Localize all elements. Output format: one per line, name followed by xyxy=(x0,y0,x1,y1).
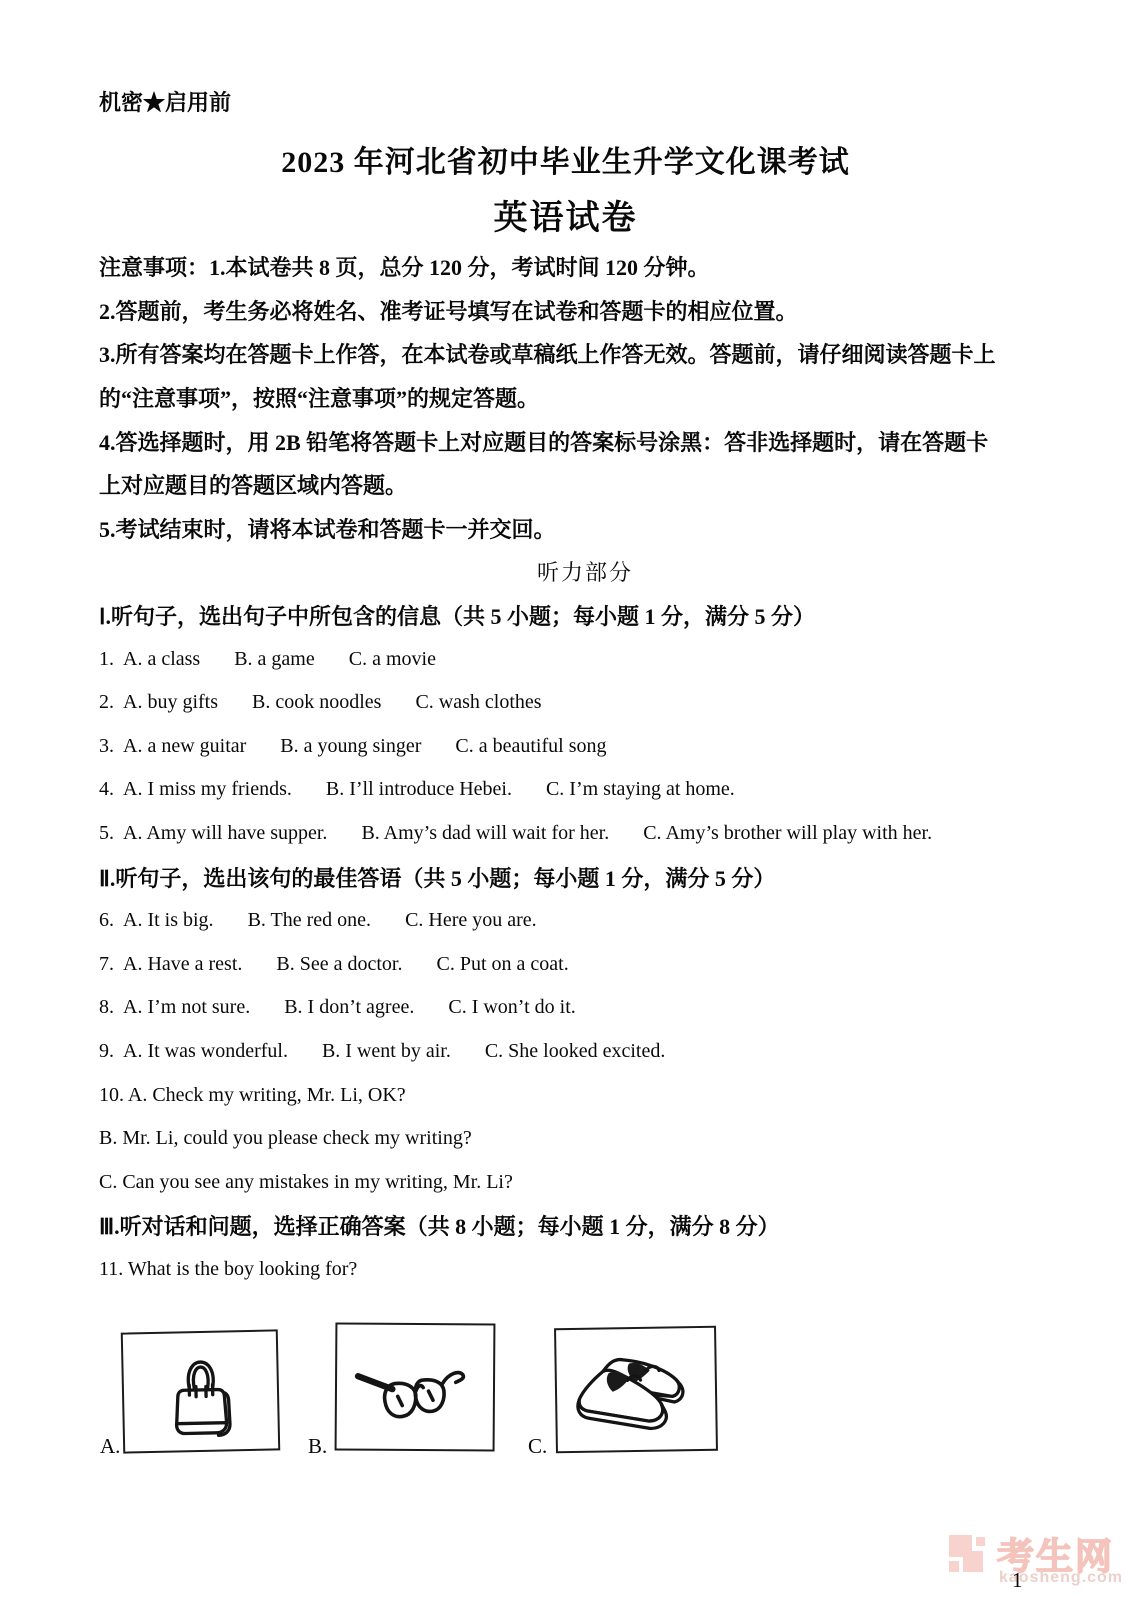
question-number: 6. xyxy=(99,909,114,932)
question-number: 5. xyxy=(99,822,114,845)
option-a: A. a new guitar xyxy=(123,735,246,758)
option-b: B. I’ll introduce Hebei. xyxy=(326,778,512,801)
subject-title: 英语试卷 xyxy=(0,190,1131,239)
notice-line-5: 4.答选择题时，用 2B 铅笔将答题卡上对应题目的答案标号涂黑：答非选择题时，请… xyxy=(99,419,1071,463)
page-number: 1 xyxy=(1012,1568,1023,1593)
notice-line-7: 5.考试结束时，请将本试卷和答题卡一并交回。 xyxy=(99,507,1071,551)
question-row-1: 1. A. a class B. a game C. a movie xyxy=(99,637,1071,681)
question-row-8: 8. A. I’m not sure. B. I don’t agree. C.… xyxy=(99,986,1071,1030)
kaosheng-logo-icon xyxy=(947,1530,987,1576)
exam-body: 注意事项：1.本试卷共 8 页，总分 120 分，考试时间 120 分钟。 2.… xyxy=(99,245,1071,1291)
picture-option-c-label: C. xyxy=(528,1434,547,1459)
option-b: B. I went by air. xyxy=(322,1040,451,1063)
option-c: C. Put on a coat. xyxy=(437,953,569,976)
option-b: B. a young singer xyxy=(280,735,421,758)
picture-option-b-label: B. xyxy=(308,1434,327,1459)
option-c: C. I’m staying at home. xyxy=(546,778,735,801)
option-a: A. It was wonderful. xyxy=(123,1040,288,1063)
notice-line-6: 上对应题目的答题区域内答题。 xyxy=(99,463,1071,507)
option-a: A. Amy will have supper. xyxy=(123,822,327,845)
notice-line-4: 的“注意事项”，按照“注意事项”的规定答题。 xyxy=(99,376,1071,420)
question-number: 1. xyxy=(99,648,114,671)
exam-paper-page: { "page": { "confidential": "机密★启用前", "t… xyxy=(0,0,1131,1600)
question-10-option-c: C. Can you see any mistakes in my writin… xyxy=(99,1160,1071,1204)
question-number: 9. xyxy=(99,1040,114,1063)
option-a: A. Have a rest. xyxy=(123,953,242,976)
option-b: B. a game xyxy=(234,648,315,671)
sneakers-icon xyxy=(565,1339,707,1439)
question-11-stem: 11. What is the boy looking for? xyxy=(99,1248,1071,1292)
listening-part-title: 听力部分 xyxy=(99,550,1071,594)
option-c: C. Amy’s brother will play with her. xyxy=(643,822,932,845)
question-number: 7. xyxy=(99,953,114,976)
option-b: B. See a doctor. xyxy=(276,953,402,976)
option-a: A. I’m not sure. xyxy=(123,996,250,1019)
notice-line-1: 注意事项：1.本试卷共 8 页，总分 120 分，考试时间 120 分钟。 xyxy=(99,245,1071,289)
option-c: C. a beautiful song xyxy=(455,735,606,758)
question-row-7: 7. A. Have a rest. B. See a doctor. C. P… xyxy=(99,943,1071,987)
question-row-4: 4. A. I miss my friends. B. I’ll introdu… xyxy=(99,768,1071,812)
section2-header: Ⅱ.听句子，选出该句的最佳答语（共 5 小题；每小题 1 分，满分 5 分） xyxy=(99,855,1071,899)
question-number: 2. xyxy=(99,691,114,714)
option-b: B. Amy’s dad will wait for her. xyxy=(361,822,609,845)
question-number: 3. xyxy=(99,735,114,758)
picture-option-a-box xyxy=(121,1329,280,1453)
glasses-icon xyxy=(347,1344,484,1431)
option-c: C. I won’t do it. xyxy=(448,996,575,1019)
option-c: C. a movie xyxy=(349,648,436,671)
option-a: A. buy gifts xyxy=(123,691,218,714)
question-row-3: 3. A. a new guitar B. a young singer C. … xyxy=(99,725,1071,769)
picture-option-c-box xyxy=(554,1326,718,1454)
section1-header: Ⅰ.听句子，选出句子中所包含的信息（共 5 小题；每小题 1 分，满分 5 分） xyxy=(99,594,1071,638)
option-b: B. The red one. xyxy=(248,909,372,932)
question-10-option-a: 10. A. Check my writing, Mr. Li, OK? xyxy=(99,1073,1071,1117)
option-c: C. wash clothes xyxy=(415,691,541,714)
option-b: B. cook noodles xyxy=(252,691,381,714)
question-row-5: 5. A. Amy will have supper. B. Amy’s dad… xyxy=(99,812,1071,856)
option-a: A. a class xyxy=(123,648,200,671)
question-10-option-b: B. Mr. Li, could you please check my wri… xyxy=(99,1117,1071,1161)
site-watermark: 考生网 kaosheng.com xyxy=(947,1530,1117,1586)
option-c: C. She looked excited. xyxy=(485,1040,666,1063)
picture-option-a-label: A. xyxy=(100,1434,120,1459)
question-row-9: 9. A. It was wonderful. B. I went by air… xyxy=(99,1030,1071,1074)
picture-option-b-box xyxy=(335,1322,496,1451)
notice-line-2: 2.答题前，考生务必将姓名、准考证号填写在试卷和答题卡的相应位置。 xyxy=(99,289,1071,333)
handbag-icon xyxy=(156,1339,244,1445)
question-row-6: 6. A. It is big. B. The red one. C. Here… xyxy=(99,899,1071,943)
option-b: B. I don’t agree. xyxy=(284,996,414,1019)
option-a: A. I miss my friends. xyxy=(123,778,292,801)
notice-line-3: 3.所有答案均在答题卡上作答，在本试卷或草稿纸上作答无效。答题前，请仔细阅读答题… xyxy=(99,332,1071,376)
option-a: A. It is big. xyxy=(123,909,214,932)
question-number: 8. xyxy=(99,996,114,1019)
confidential-notice: 机密★启用前 xyxy=(99,86,231,117)
exam-title: 2023 年河北省初中毕业生升学文化课考试 xyxy=(0,137,1131,181)
question-row-2: 2. A. buy gifts B. cook noodles C. wash … xyxy=(99,681,1071,725)
option-c: C. Here you are. xyxy=(405,909,537,932)
question-number: 4. xyxy=(99,778,114,801)
section3-header: Ⅲ.听对话和问题，选择正确答案（共 8 小题；每小题 1 分，满分 8 分） xyxy=(99,1204,1071,1248)
